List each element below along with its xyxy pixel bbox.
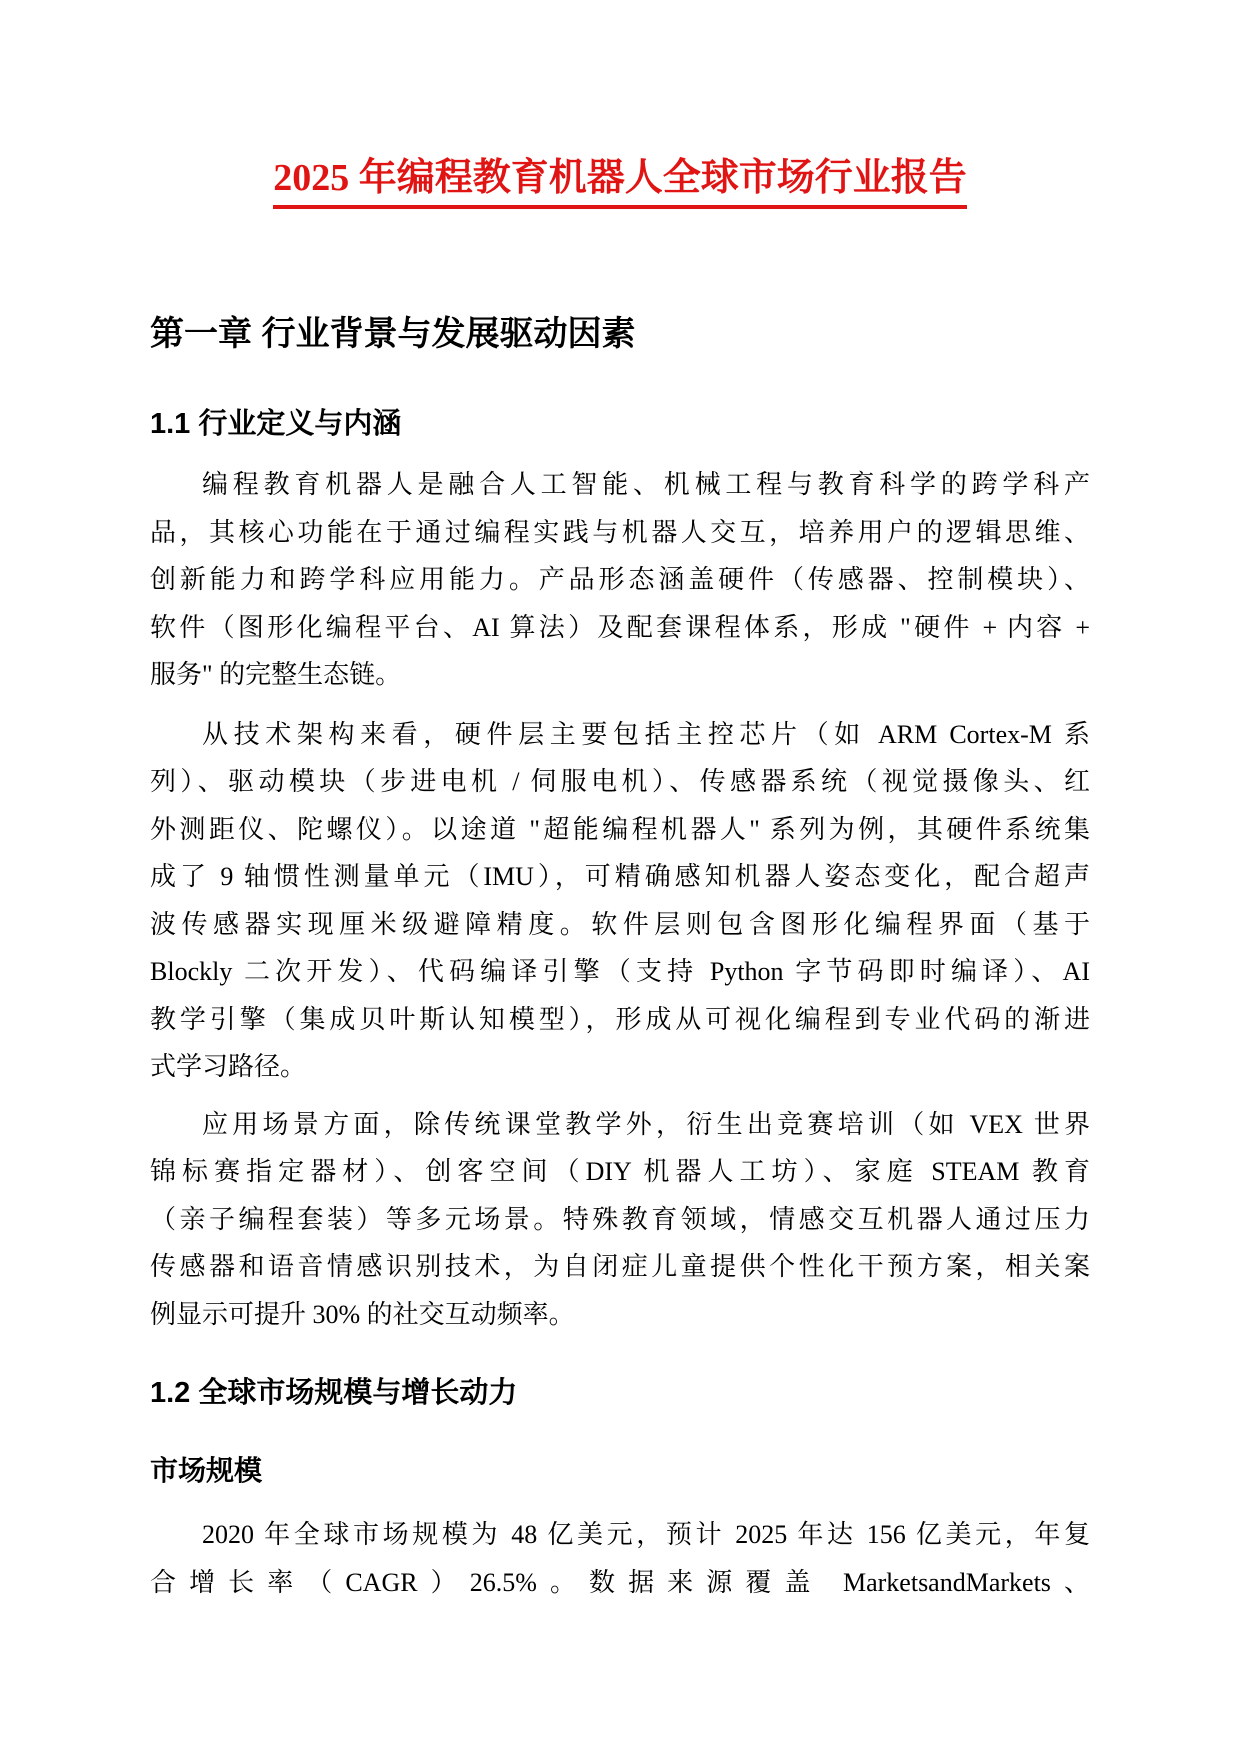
paragraph-line: 式学习路径。 <box>150 1043 1090 1091</box>
document-title: 2025 年编程教育机器人全球市场行业报告 <box>150 154 1090 209</box>
paragraph-line: 服务" 的完整生态链。 <box>150 651 1090 699</box>
section-1-2-heading: 1.2 全球市场规模与增长动力 <box>150 1375 1090 1411</box>
paragraph-line: （亲子编程套装）等多元场景。特殊教育领域，情感交互机器人通过压力 <box>150 1196 1090 1244</box>
section-1-1-heading: 1.1 行业定义与内涵 <box>150 406 1090 442</box>
paragraph-line: 外测距仪、陀螺仪）。以途道 "超能编程机器人" 系列为例，其硬件系统集 <box>150 806 1090 854</box>
paragraph-line: Blockly 二次开发）、代码编译引擎（支持 Python 字节码即时编译）、… <box>150 948 1090 996</box>
market-size-subheading: 市场规模 <box>150 1453 1090 1489</box>
paragraph-line: 教学引擎（集成贝叶斯认知模型），形成从可视化编程到专业代码的渐进 <box>150 996 1090 1044</box>
section-1-1-paragraph-1: 编程教育机器人是融合人工智能、机械工程与教育科学的跨学科产 品，其核心功能在于通… <box>150 461 1090 699</box>
paragraph-line: 2020 年全球市场规模为 48 亿美元，预计 2025 年达 156 亿美元，… <box>150 1511 1090 1559</box>
paragraph-line: 创新能力和跨学科应用能力。产品形态涵盖硬件（传感器、控制模块）、 <box>150 556 1090 604</box>
paragraph-line: 品，其核心功能在于通过编程实践与机器人交互，培养用户的逻辑思维、 <box>150 509 1090 557</box>
paragraph-line: 列）、驱动模块（步进电机 / 伺服电机）、传感器系统（视觉摄像头、红 <box>150 758 1090 806</box>
paragraph-line: 锦标赛指定器材）、创客空间（DIY 机器人工坊）、家庭 STEAM 教育 <box>150 1148 1090 1196</box>
document-content: 2025 年编程教育机器人全球市场行业报告 第一章 行业背景与发展驱动因素 1.… <box>0 154 1240 1606</box>
section-1-1-paragraph-3: 应用场景方面，除传统课堂教学外，衍生出竞赛培训（如 VEX 世界 锦标赛指定器材… <box>150 1101 1090 1339</box>
paragraph-line: 传感器和语音情感识别技术，为自闭症儿童提供个性化干预方案，相关案 <box>150 1243 1090 1291</box>
paragraph-line: 应用场景方面，除传统课堂教学外，衍生出竞赛培训（如 VEX 世界 <box>150 1101 1090 1149</box>
paragraph-line: 软件（图形化编程平台、AI 算法）及配套课程体系，形成 "硬件 + 内容 + <box>150 604 1090 652</box>
document-page: 2025 年编程教育机器人全球市场行业报告 第一章 行业背景与发展驱动因素 1.… <box>0 0 1240 1753</box>
paragraph-line: 波传感器实现厘米级避障精度。软件层则包含图形化编程界面（基于 <box>150 901 1090 949</box>
section-1-1-paragraph-2: 从技术架构来看，硬件层主要包括主控芯片（如 ARM Cortex-M 系 列）、… <box>150 711 1090 1091</box>
paragraph-line: 例显示可提升 30% 的社交互动频率。 <box>150 1291 1090 1339</box>
paragraph-line: 从技术架构来看，硬件层主要包括主控芯片（如 ARM Cortex-M 系 <box>150 711 1090 759</box>
chapter-1-heading: 第一章 行业背景与发展驱动因素 <box>150 312 1090 356</box>
paragraph-line: 编程教育机器人是融合人工智能、机械工程与教育科学的跨学科产 <box>150 461 1090 509</box>
document-title-text: 2025 年编程教育机器人全球市场行业报告 <box>273 154 967 209</box>
paragraph-line: 成了 9 轴惯性测量单元（IMU），可精确感知机器人姿态变化，配合超声 <box>150 853 1090 901</box>
section-1-2-paragraph-1: 2020 年全球市场规模为 48 亿美元，预计 2025 年达 156 亿美元，… <box>150 1511 1090 1606</box>
paragraph-line: 合增长率（CAGR）26.5%。数据来源覆盖 MarketsandMarkets… <box>150 1559 1090 1607</box>
